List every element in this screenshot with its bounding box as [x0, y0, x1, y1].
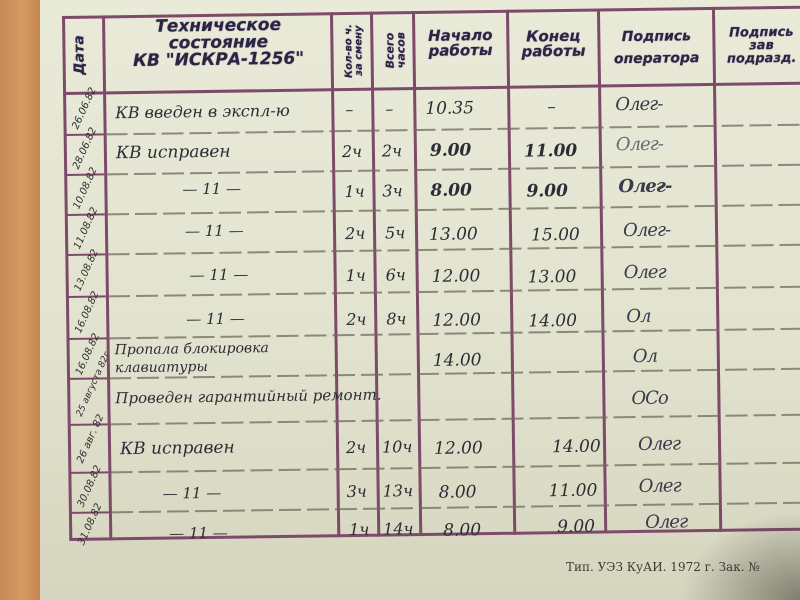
row-date: 11.08.82 — [72, 215, 96, 251]
row-shift-hours: 2ч — [346, 310, 366, 329]
row-separator — [108, 286, 800, 298]
row-operator-signature: Олег- — [623, 220, 670, 242]
row-start-time: 9.00 — [430, 140, 472, 161]
row-operator-signature: Ол — [633, 346, 658, 367]
row-shift-hours: 1ч — [344, 182, 364, 201]
header-end: Конец работы — [510, 29, 596, 60]
row-operator-signature: Олег- — [618, 176, 671, 198]
row-shift-hours: 2ч — [345, 224, 365, 243]
row-end-time: 15.00 — [531, 225, 580, 246]
header-head-signature: Подпись зав подразд. — [716, 26, 800, 66]
row-start-time: 8.00 — [430, 180, 472, 201]
row-total-hours: 14ч — [383, 519, 414, 538]
row-state: КВ исправен — [120, 438, 235, 460]
row-end-time: – — [547, 97, 556, 117]
header-operator-signature: Подпись оператора — [600, 29, 712, 67]
row-total-hours: 13ч — [383, 481, 414, 500]
row-state: — 11 — — [169, 524, 228, 543]
row-separator — [110, 414, 800, 426]
row-end-time: 11.00 — [549, 481, 598, 502]
row-shift-hours: – — [345, 100, 353, 119]
row-separator — [106, 124, 800, 136]
row-state: — 11 — — [163, 484, 222, 503]
row-separator — [107, 244, 800, 256]
row-state: КВ исправен — [116, 142, 231, 164]
row-end-time: 9.00 — [557, 517, 595, 538]
row-separator — [107, 204, 800, 216]
row-start-time: 8.00 — [443, 520, 481, 541]
row-start-time: 8.00 — [439, 482, 477, 503]
row-separator — [111, 502, 800, 514]
row-state: Пропала блокировка клавиатуры — [115, 338, 333, 377]
row-end-time: 13.00 — [528, 267, 577, 288]
header-hours-total: Всего часов — [384, 17, 407, 83]
row-shift-hours: 1ч — [346, 266, 366, 285]
row-operator-signature: Олег — [638, 433, 680, 455]
row-state: — 11 — — [182, 180, 241, 199]
row-end-time: 9.00 — [526, 181, 568, 202]
row-start-time: 12.00 — [432, 266, 481, 287]
header-start: Начало работы — [416, 28, 504, 59]
row-date: 25 августа 82г — [75, 383, 98, 418]
row-operator-signature: Олег- — [615, 94, 662, 116]
header-state-line3: КВ "ИСКРА-1256" — [109, 50, 329, 70]
row-total-hours: 8ч — [386, 309, 406, 328]
row-date: 26 авг. 82 — [75, 429, 99, 465]
row-shift-hours: 1ч — [349, 520, 369, 539]
header-bottom-border — [63, 82, 800, 95]
row-total-hours: – — [385, 99, 393, 118]
header-date: Дата — [72, 24, 87, 86]
row-date: 13.08.82 — [73, 257, 97, 293]
row-operator-signature: Олег — [638, 475, 680, 497]
header-head-line3: подразд. — [717, 52, 800, 66]
row-start-time: 12.00 — [432, 310, 481, 331]
row-operator-signature: ОСо — [631, 388, 668, 410]
row-shift-hours: 2ч — [346, 438, 366, 457]
row-operator-signature: Ол — [626, 306, 651, 327]
row-state: — 11 — — [190, 265, 249, 284]
row-date: 31.08.82 — [76, 511, 100, 547]
row-state: КВ введен в экспл-ю — [115, 101, 290, 122]
header-start-line2: работы — [416, 43, 504, 59]
header-end-line2: работы — [510, 44, 596, 60]
header-operator-line1: Подпись — [600, 29, 712, 45]
row-date: 16.08.82 — [73, 299, 97, 335]
row-separator — [110, 462, 800, 474]
row-total-hours: 10ч — [382, 437, 413, 456]
row-total-hours: 5ч — [385, 223, 405, 242]
row-end-time: 14.00 — [552, 437, 601, 458]
row-start-time: 13.00 — [429, 224, 478, 245]
row-state: Проведен гарантийный ремонт. — [115, 386, 381, 408]
printer-imprint: Тип. УЭЗ КуАИ. 1972 г. Зак. № — [566, 560, 760, 574]
row-start-time: 14.00 — [433, 350, 482, 371]
row-start-time: 10.35 — [425, 98, 474, 119]
row-operator-signature: Олег- — [616, 134, 663, 156]
row-state: — 11 — — [185, 221, 244, 240]
row-shift-hours: 2ч — [342, 142, 362, 161]
row-separator — [106, 164, 800, 176]
header-operator-line2: оператора — [601, 51, 713, 67]
row-operator-signature: Олег — [623, 262, 665, 284]
row-end-time: 14.00 — [528, 311, 577, 332]
row-end-time: 11.00 — [524, 141, 578, 162]
header-state: Техническое состояние КВ "ИСКРА-1256" — [108, 16, 329, 70]
row-operator-signature: Олег — [645, 511, 687, 533]
row-total-hours: 6ч — [386, 265, 406, 284]
header-hours-shift: Кол-во ч. за смену — [344, 18, 365, 84]
row-state: — 11 — — [186, 309, 245, 328]
row-total-hours: 2ч — [382, 141, 402, 160]
row-total-hours: 3ч — [382, 181, 402, 200]
row-shift-hours: 3ч — [347, 482, 367, 501]
log-table: Дата Техническое состояние КВ "ИСКРА-125… — [62, 5, 800, 554]
row-start-time: 12.00 — [434, 438, 483, 459]
